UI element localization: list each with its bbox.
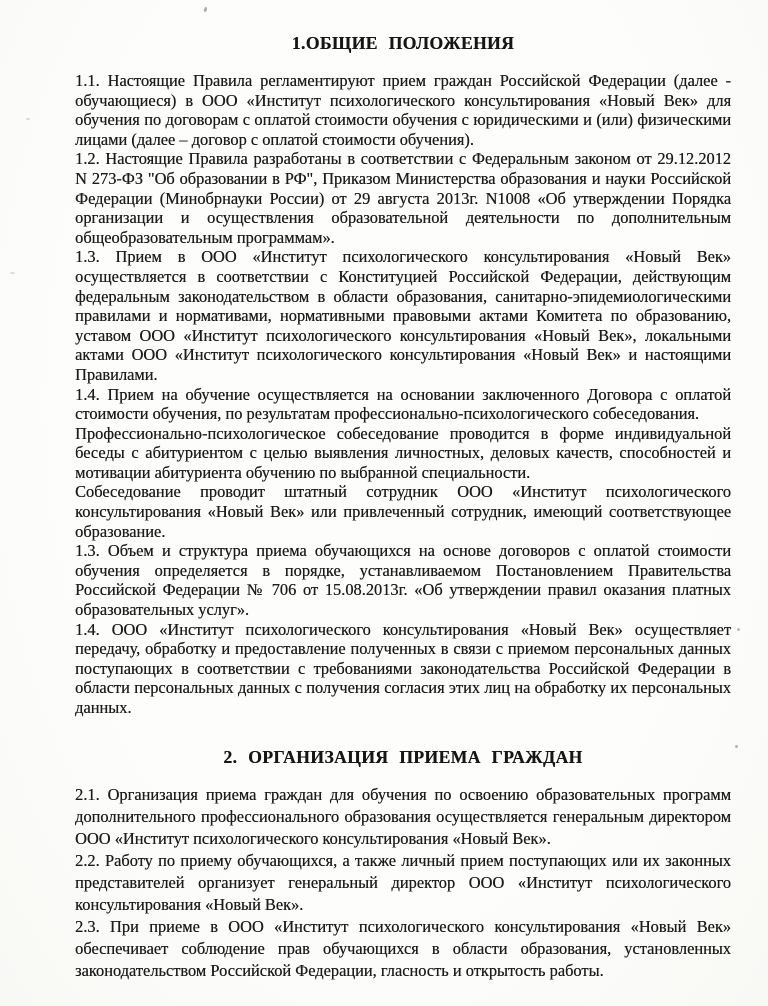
paragraph-1-4: 1.4. Прием на обучение осуществляется на…: [75, 385, 731, 424]
section-1-heading: 1.ОБЩИЕ ПОЛОЖЕНИЯ: [75, 32, 731, 54]
paragraph-1-3b: 1.3. Объем и структура приема обучающихс…: [75, 541, 731, 619]
paragraph-1-1: 1.1. Настоящие Правила регламентируют пр…: [75, 71, 731, 149]
paragraph-2-1: 2.1. Организация приема граждан для обуч…: [75, 784, 731, 850]
section-general-provisions: 1.1. Настоящие Правила регламентируют пр…: [75, 71, 731, 718]
paragraph-interview-staff: Собеседование проводит штатный сотрудник…: [75, 482, 731, 541]
paragraph-1-2: 1.2. Настоящие Правила разработаны в соо…: [75, 149, 731, 247]
paragraph-interview-format: Профессионально-психологическое собеседо…: [75, 424, 731, 483]
paragraph-2-2: 2.2. Работу по приему обучающихся, а так…: [75, 850, 731, 916]
section-admission-organization: 2.1. Организация приема граждан для обуч…: [75, 784, 731, 982]
paragraph-1-4b: 1.4. ООО «Институт психологического конс…: [75, 620, 731, 718]
paragraph-1-3: 1.3. Прием в ООО «Институт психологическ…: [75, 247, 731, 384]
document-page: 1.ОБЩИЕ ПОЛОЖЕНИЯ 1.1. Настоящие Правила…: [0, 0, 768, 982]
paragraph-2-3: 2.3. При приеме в ООО «Институт психолог…: [75, 916, 731, 982]
section-2-heading: 2. ОРГАНИЗАЦИЯ ПРИЕМА ГРАЖДАН: [75, 746, 731, 768]
